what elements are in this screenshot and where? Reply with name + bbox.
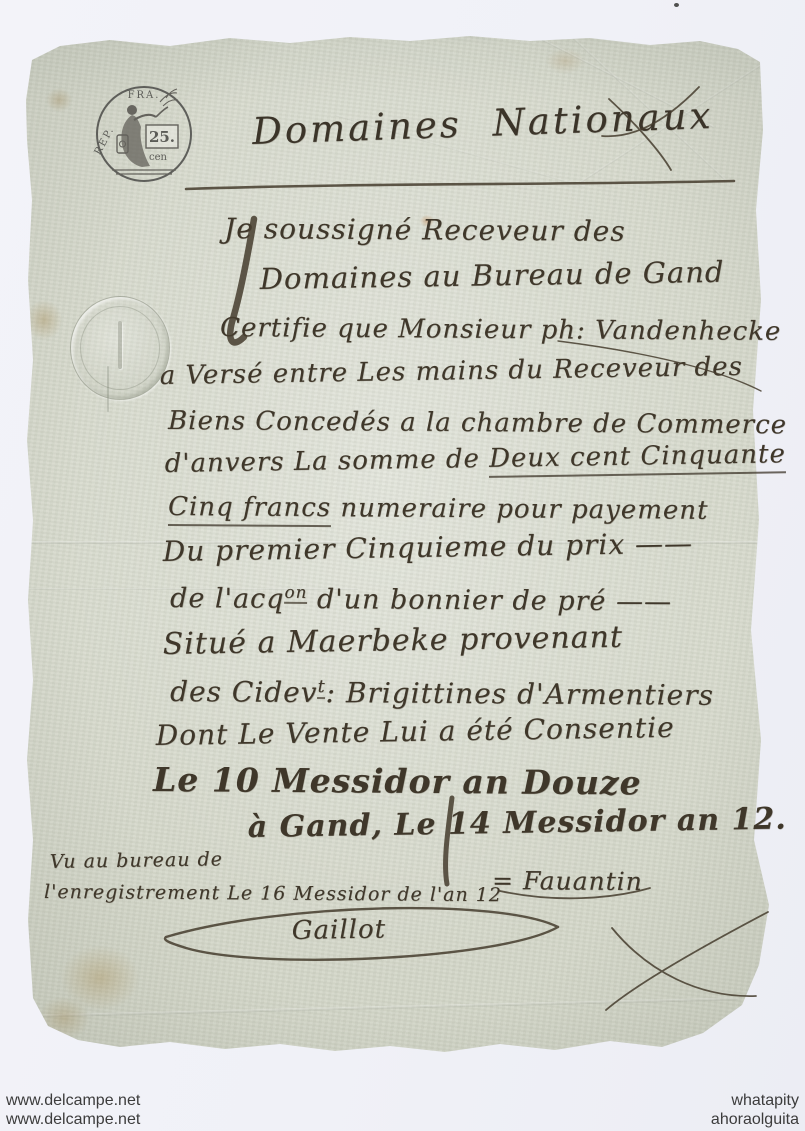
manuscript-text: : Brigittines d'Armentiers [325, 676, 714, 712]
embossed-seal [70, 296, 170, 400]
fold-line [32, 997, 738, 1017]
manuscript-line: Le 10 Messidor an Douze [153, 760, 642, 802]
registration-note-line1: Vu au bureau de [50, 848, 223, 873]
manuscript-text: Gaillot [292, 915, 387, 946]
watermark-site: www.delcampe.net [6, 1110, 140, 1129]
signature-right: = Fauantin [492, 866, 643, 896]
manuscript-text: de l'acq [170, 583, 285, 615]
manuscript-text: Certifie que Monsieur ph: Vandenhecke [220, 313, 781, 347]
manuscript-line: Biens Concedés a la chambre de Commerce [168, 406, 787, 440]
stain [46, 88, 72, 112]
watermark-seller: ahoraolguita [711, 1110, 799, 1129]
manuscript-text: Le 10 Messidor an Douze [153, 760, 642, 802]
stamp-text-fra: FRA. [128, 90, 161, 101]
manuscript-line: des Cidevt: Brigittines d'Armentiers [170, 675, 714, 712]
stain [60, 945, 140, 1011]
manuscript-line: Cinq francs numeraire pour payement [168, 492, 709, 526]
manuscript-line: Certifie que Monsieur ph: Vandenhecke [220, 313, 781, 347]
manuscript-text: on [284, 582, 307, 604]
dust-speck [674, 3, 679, 7]
stamp-unit: cen [149, 152, 168, 163]
manuscript-line: Situé a Maerbeke provenant [162, 620, 623, 662]
signature-left: Gaillot [292, 915, 387, 946]
manuscript-text: Je soussigné Receveur des [224, 212, 626, 248]
stain [38, 996, 90, 1040]
crease [534, 2, 726, 181]
revenue-stamp: FRA. REP. 25. cen [92, 82, 196, 186]
stain [26, 300, 62, 340]
manuscript-text: Biens Concedés a la chambre de Commerce [168, 406, 787, 440]
manuscript-text: = Fauantin [492, 866, 643, 896]
watermark-strip: www.delcampe.net www.delcampe.net whatap… [0, 1091, 805, 1129]
manuscript-text: d'un bonnier de pré —— [307, 584, 672, 618]
watermark-site: www.delcampe.net [6, 1091, 140, 1110]
photo-of-document: FRA. REP. 25. cen Domaines Nationaux Je … [0, 0, 805, 1131]
manuscript-text: Deux cent Cinquante [489, 439, 786, 478]
manuscript-line: Je soussigné Receveur des [224, 212, 626, 248]
stamp-value: 25. [149, 128, 175, 146]
manuscript-text: Vu au bureau de [50, 848, 223, 873]
manuscript-line: de l'acqon d'un bonnier de pré —— [170, 581, 672, 618]
manuscript-text: des Cidev [170, 675, 318, 709]
manuscript-text: d'anvers La somme de [165, 444, 490, 479]
manuscript-text: l'enregistrement Le 16 Messidor de l'an … [44, 881, 502, 906]
watermark-seller: whatapity [711, 1091, 799, 1110]
registration-note-line2: l'enregistrement Le 16 Messidor de l'an … [44, 881, 502, 906]
manuscript-text: Cinq francs [168, 492, 331, 527]
stain [545, 48, 585, 74]
manuscript-text: numeraire pour payement [331, 493, 709, 526]
manuscript-text: Situé a Maerbeke provenant [162, 620, 623, 662]
